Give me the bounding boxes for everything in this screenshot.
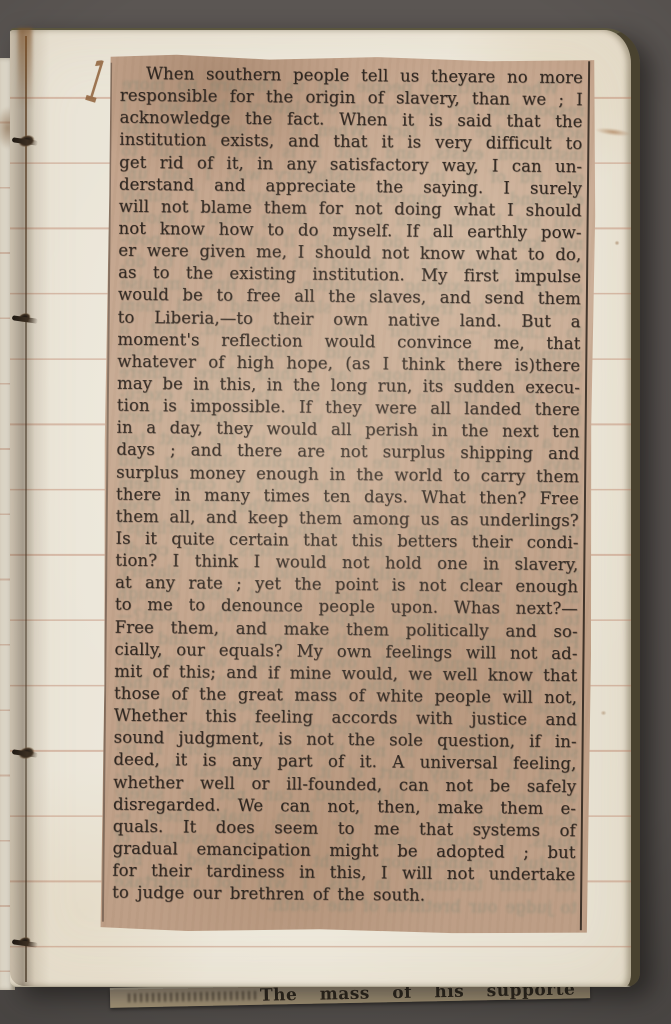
clipping-line: to judge our brethren of the south. [112, 882, 575, 909]
stitch-thread [12, 932, 46, 956]
newspaper-clipping: When southern people tell us theyare no … [100, 54, 597, 936]
gutter-shading [10, 30, 50, 986]
stitch-thread [12, 742, 46, 766]
photo-background: The mass of his supporte 1 When southern… [0, 0, 671, 1024]
gutter-crease [25, 36, 27, 982]
stitch-thread [12, 130, 46, 154]
illegible-print-smudge [128, 991, 258, 1003]
gutter-stain [18, 28, 32, 118]
stitch-thread [12, 308, 46, 332]
clipping-text: When southern people tell us theyare no … [100, 54, 597, 936]
